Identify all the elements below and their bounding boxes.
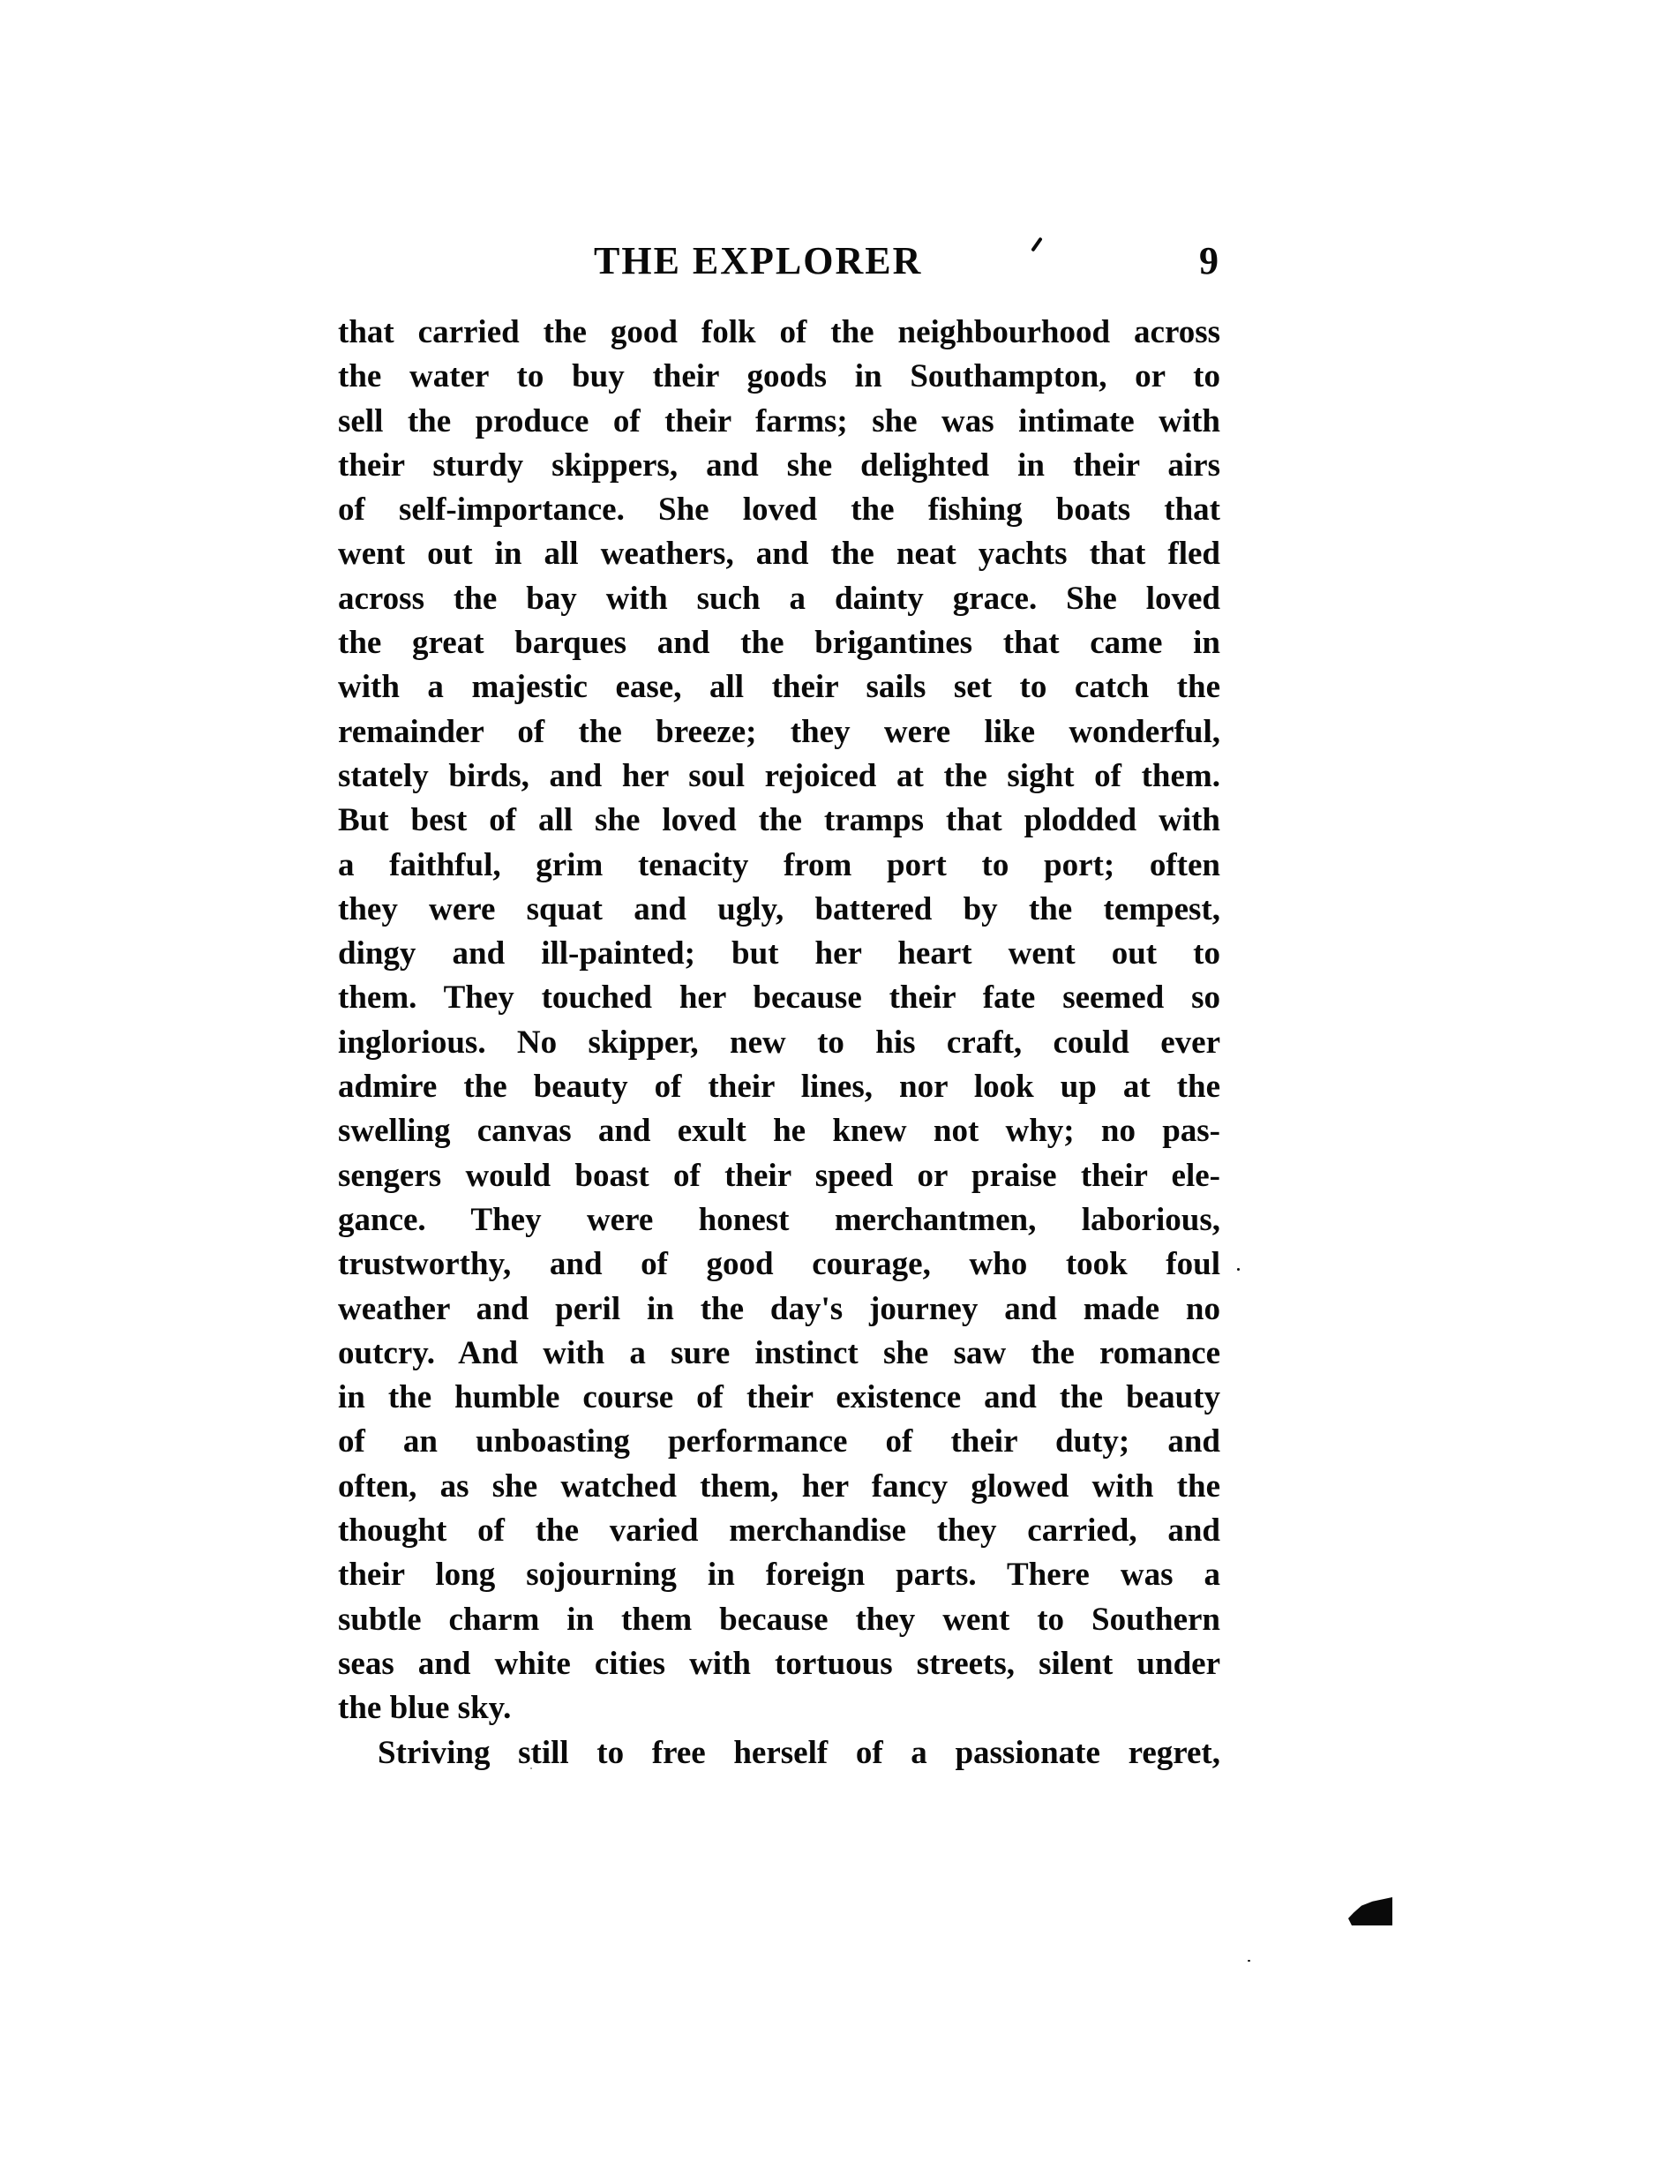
text-line: inglorious. No skipper, new to his craft… (338, 1021, 1220, 1065)
scan-speck (530, 1767, 532, 1769)
text-line: a faithful, grim tenacity from port to p… (338, 844, 1220, 888)
text-line: they were squat and ugly, battered by th… (338, 888, 1220, 932)
text-line: that carried the good folk of the neighb… (338, 311, 1220, 355)
text-line: But best of all she loved the tramps tha… (338, 799, 1220, 843)
book-page: THE EXPLORER 9 that carried the good fol… (0, 0, 1680, 2184)
text-line: sengers would boast of their speed or pr… (338, 1154, 1220, 1198)
text-line: subtle charm in them because they went t… (338, 1598, 1220, 1642)
text-line: dingy and ill-painted; but her heart wen… (338, 932, 1220, 976)
text-line: the great barques and the brigantines th… (338, 621, 1220, 665)
page-number: 9 (1199, 236, 1219, 286)
text-line: sell the produce of their farms; she was… (338, 400, 1220, 444)
text-line: their long sojourning in foreign parts. … (338, 1553, 1220, 1597)
scan-speck (1237, 1268, 1240, 1271)
text-line: admire the beauty of their lines, nor lo… (338, 1065, 1220, 1109)
text-line: stately birds, and her soul rejoiced at … (338, 754, 1220, 799)
text-line: trustworthy, and of good courage, who to… (338, 1242, 1220, 1287)
text-line: went out in all weathers, and the neat y… (338, 532, 1220, 576)
running-head: THE EXPLORER 9 (338, 236, 1220, 286)
text-line: remainder of the breeze; they were like … (338, 710, 1220, 754)
pencil-tick-mark (1031, 236, 1043, 251)
text-line: with a majestic ease, all their sails se… (338, 665, 1220, 709)
paragraph-start-line: Striving still to free herself of a pass… (338, 1731, 1220, 1775)
text-line: across the bay with such a dainty grace.… (338, 577, 1220, 621)
text-line: their sturdy skippers, and she delighted… (338, 444, 1220, 488)
text-line: often, as she watched them, her fancy gl… (338, 1465, 1220, 1509)
text-line: them. They touched her because their fat… (338, 976, 1220, 1020)
text-line: weather and peril in the day's journey a… (338, 1287, 1220, 1332)
text-line: swelling canvas and exult he knew not wh… (338, 1109, 1220, 1153)
text-line: of an unboasting performance of their du… (338, 1420, 1220, 1464)
ink-blotch (1348, 1897, 1392, 1925)
text-line: seas and white cities with tortuous stre… (338, 1642, 1220, 1686)
text-line: gance. They were honest merchantmen, lab… (338, 1198, 1220, 1242)
text-line: of self-importance. She loved the fishin… (338, 488, 1220, 532)
text-line: the water to buy their goods in Southamp… (338, 355, 1220, 399)
scan-speck (1248, 1960, 1250, 1962)
text-line: in the humble course of their existence … (338, 1376, 1220, 1420)
paragraph-end-line: the blue sky. (338, 1686, 1220, 1730)
text-line: outcry. And with a sure instinct she saw… (338, 1332, 1220, 1376)
text-line: thought of the varied merchandise they c… (338, 1509, 1220, 1553)
body-text: that carried the good folk of the neighb… (338, 311, 1220, 1775)
running-title: THE EXPLORER (594, 236, 922, 286)
